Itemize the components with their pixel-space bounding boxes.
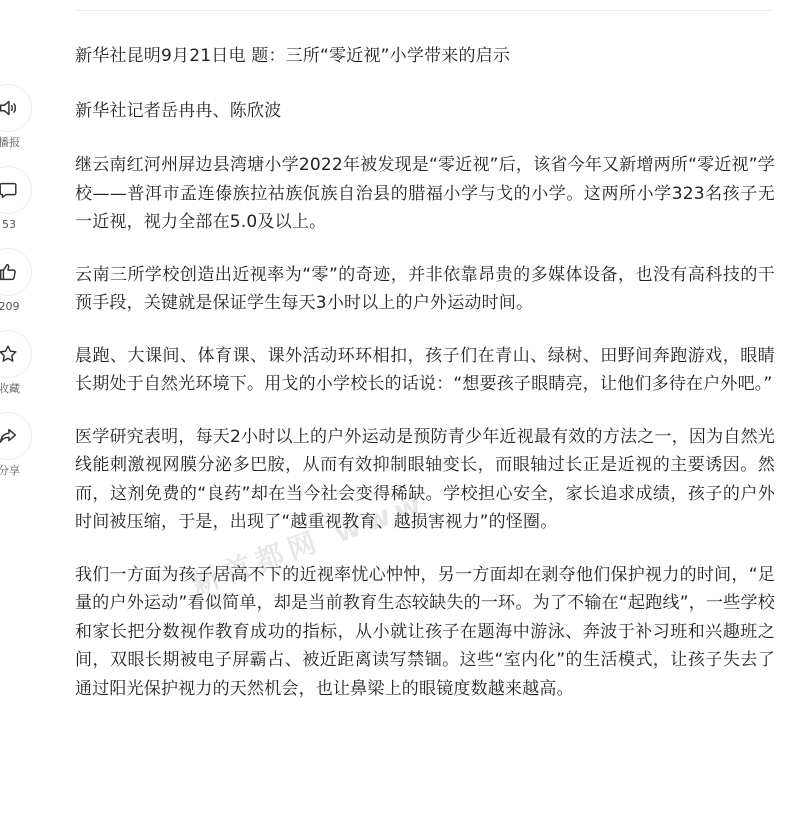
top-divider (75, 10, 773, 11)
article-page: 播报 53 209 (0, 0, 799, 835)
comment-button[interactable]: 53 (0, 166, 34, 248)
article-paragraph: 晨跑、大课间、体育课、课外活动环环相扣，孩子们在青山、绿树、田野间奔跑游戏，眼睛… (75, 342, 775, 399)
star-icon[interactable] (0, 330, 32, 378)
article-paragraph: 云南三所学校创造出近视率为“零”的奇迹，并非依靠昂贵的多媒体设备，也没有高科技的… (75, 261, 775, 318)
article-paragraph: 医学研究表明，每天2小时以上的户外运动是预防青少年近视最有效的方法之一，因为自然… (75, 423, 775, 537)
favorite-label: 收藏 (0, 382, 34, 396)
article-paragraph: 我们一方面为孩子居高不下的近视率忧心忡忡，另一方面却在剥夺他们保护视力的时间，“… (75, 561, 775, 704)
action-sidebar: 播报 53 209 (0, 84, 34, 494)
like-count: 209 (0, 300, 34, 314)
favorite-button[interactable]: 收藏 (0, 330, 34, 412)
comment-icon[interactable] (0, 166, 32, 214)
speaker-icon[interactable] (0, 84, 32, 132)
share-label: 分享 (0, 464, 34, 478)
share-icon[interactable] (0, 412, 32, 460)
listen-label: 播报 (0, 136, 34, 150)
listen-button[interactable]: 播报 (0, 84, 34, 166)
comment-count: 53 (0, 218, 34, 232)
share-button[interactable]: 分享 (0, 412, 34, 494)
article-body: 新华社昆明9月21日电 题：三所“零近视”小学带来的启示 新华社记者岳冉冉、陈欣… (75, 42, 775, 727)
article-paragraph: 继云南红河州屏边县湾塘小学2022年被发现是“零近视”后，该省今年又新增两所“零… (75, 151, 775, 237)
article-dateline: 新华社昆明9月21日电 题：三所“零近视”小学带来的启示 (75, 42, 775, 71)
thumbs-up-icon[interactable] (0, 248, 32, 296)
article-byline: 新华社记者岳冉冉、陈欣波 (75, 97, 775, 126)
like-button[interactable]: 209 (0, 248, 34, 330)
